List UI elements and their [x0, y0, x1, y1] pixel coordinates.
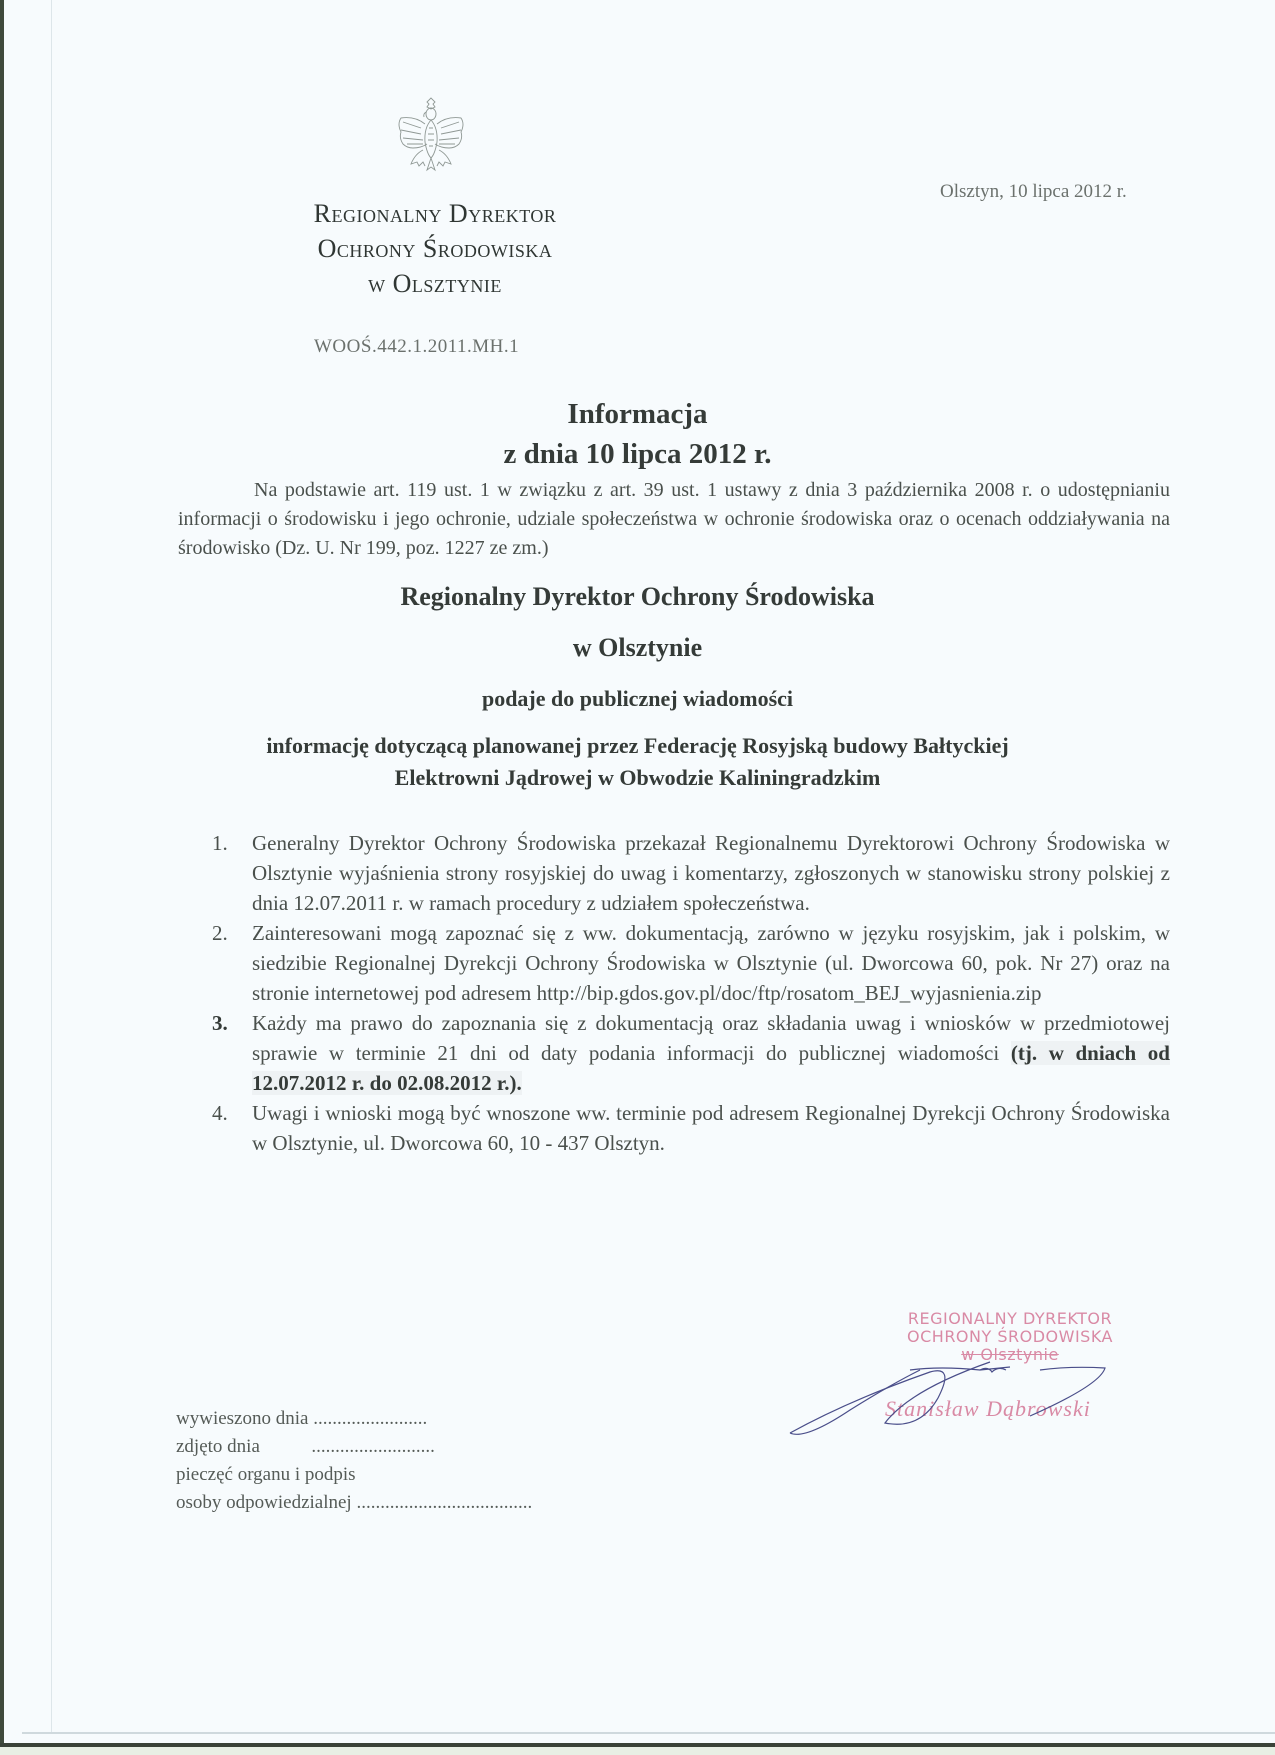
removed-date-field: ..........................	[311, 1436, 435, 1457]
issuer-line: Regionalny Dyrektor	[200, 196, 670, 231]
information-list: 1. Generalny Dyrektor Ochrony Środowiska…	[212, 828, 1170, 1158]
posted-date-field: ........................	[313, 1408, 427, 1429]
issuer-header: Regionalny Dyrektor Ochrony Środowiska w…	[200, 196, 670, 301]
legal-basis: Na podstawie art. 119 ust. 1 w związku z…	[178, 476, 1170, 563]
document-title: Informacja	[0, 398, 1275, 431]
person-row: osoby odpowiedzialnej ..................…	[176, 1489, 532, 1517]
seal-label: pieczęć organu i podpis	[176, 1464, 356, 1485]
list-item: 1. Generalny Dyrektor Ochrony Środowiska…	[212, 828, 1170, 918]
handwritten-signature-icon	[780, 1340, 1180, 1460]
polish-eagle-emblem-icon	[393, 94, 469, 176]
announcement-subject: informację dotyczącą planowanej przez Fe…	[0, 730, 1275, 794]
list-item-number: 1.	[212, 828, 228, 858]
list-item: 3. Każdy ma prawo do zapoznania się z do…	[212, 1008, 1170, 1098]
list-item-text: Zainteresowani mogą zapoznać się z ww. d…	[252, 921, 1170, 1005]
list-item: 2. Zainteresowani mogą zapoznać się z ww…	[212, 918, 1170, 1008]
scan-bottom-strip	[0, 1747, 1275, 1755]
removed-label: zdjęto dnia	[176, 1436, 260, 1457]
posted-label: wywieszono dnia	[176, 1408, 308, 1429]
list-item-number: 4.	[212, 1098, 228, 1128]
stamp-line: REGIONALNY DYREKTOR	[870, 1310, 1150, 1328]
legal-basis-text: Na podstawie art. 119 ust. 1 w związku z…	[178, 476, 1170, 563]
posted-row: wywieszono dnia ........................	[176, 1405, 532, 1433]
list-item-text: Uwagi i wnioski mogą być wnoszone ww. te…	[252, 1101, 1170, 1155]
document-date: z dnia 10 lipca 2012 r.	[0, 438, 1275, 471]
person-signature-field: .....................................	[356, 1492, 532, 1513]
issuer-line: w Olsztynie	[200, 266, 670, 301]
announcer-title: Regionalny Dyrektor Ochrony Środowiska	[0, 582, 1275, 612]
list-item-number: 3.	[212, 1008, 228, 1038]
list-item-number: 2.	[212, 918, 228, 948]
reference-number: WOOŚ.442.1.2011.MH.1	[314, 336, 519, 358]
scan-border-left	[0, 0, 4, 1748]
list-item: 4. Uwagi i wnioski mogą być wnoszone ww.…	[212, 1098, 1170, 1158]
seal-row: pieczęć organu i podpis	[176, 1461, 532, 1489]
announcement-statement: podaje do publicznej wiadomości	[0, 686, 1275, 712]
page-edge-bottom	[22, 1732, 1275, 1734]
page-edge-left	[51, 0, 52, 1733]
place-date: Olsztyn, 10 lipca 2012 r.	[940, 181, 1127, 203]
posting-record: wywieszono dnia ........................…	[176, 1405, 532, 1517]
issuer-line: Ochrony Środowiska	[200, 231, 670, 266]
announcer-location: w Olsztynie	[0, 633, 1275, 663]
announcement-subject-text: informację dotyczącą planowanej przez Fe…	[258, 730, 1018, 794]
removed-row: zdjęto dnia ..........................	[176, 1433, 532, 1461]
list-item-text: Generalny Dyrektor Ochrony Środowiska pr…	[252, 831, 1170, 915]
person-label: osoby odpowiedzialnej	[176, 1492, 352, 1513]
